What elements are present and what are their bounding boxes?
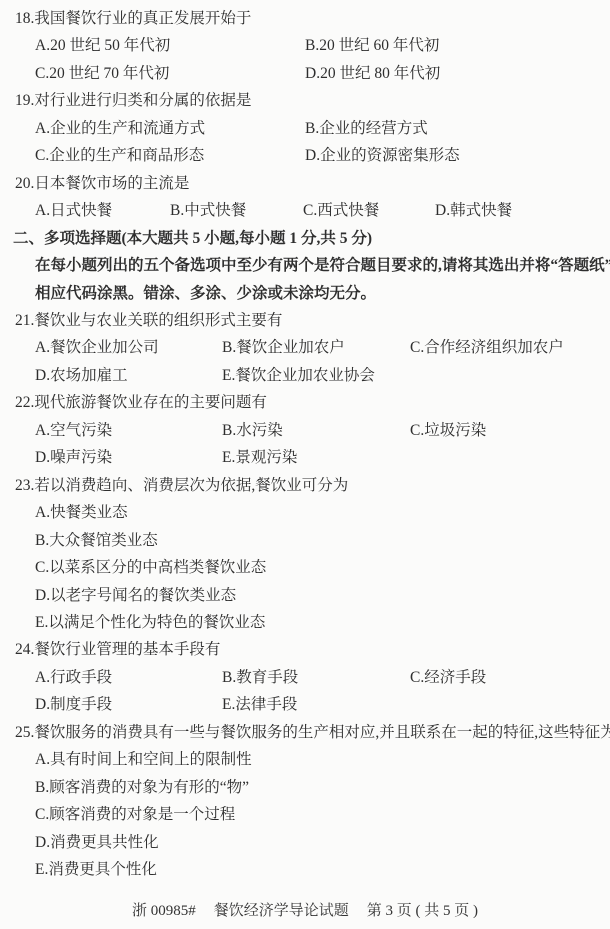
option-d: D.韩式快餐 <box>435 197 512 224</box>
option-a: A.行政手段 <box>35 664 222 691</box>
option-b: B.餐饮企业加农户 <box>222 334 410 361</box>
option-a: A.日式快餐 <box>35 197 170 224</box>
option-b: B.水污染 <box>222 417 410 444</box>
question-22-stem: 22.现代旅游餐饮业存在的主要问题有 <box>0 389 610 416</box>
question-text: 餐饮业与农业关联的组织形式主要有 <box>34 312 282 329</box>
question-number: 18. <box>15 10 34 27</box>
option-d: D.消费更具共性化 <box>0 829 610 856</box>
question-22-options-row-2: D.噪声污染 E.景观污染 <box>0 444 610 471</box>
question-number: 24. <box>15 641 34 658</box>
question-21-options-row-1: A.餐饮企业加公司 B.餐饮企业加农户 C.合作经济组织加农户 <box>0 334 610 361</box>
question-24-stem: 24.餐饮行业管理的基本手段有 <box>0 636 610 663</box>
question-text: 餐饮行业管理的基本手段有 <box>34 641 220 658</box>
question-24-options-row-1: A.行政手段 B.教育手段 C.经济手段 <box>0 664 610 691</box>
option-c: C.垃圾污染 <box>410 417 486 444</box>
question-number: 20. <box>15 175 34 192</box>
option-d: D.制度手段 <box>35 691 222 718</box>
question-20-options-row-1: A.日式快餐 B.中式快餐 C.西式快餐 D.韩式快餐 <box>0 197 610 224</box>
option-a: A.具有时间上和空间上的限制性 <box>0 746 610 773</box>
option-e: E.消费更具个性化 <box>0 856 610 883</box>
option-c: C.西式快餐 <box>303 197 435 224</box>
option-c: C.经济手段 <box>410 664 486 691</box>
option-e: E.景观污染 <box>222 444 297 471</box>
option-c: C.企业的生产和商品形态 <box>35 142 305 169</box>
question-text: 日本餐饮市场的主流是 <box>34 175 189 192</box>
question-25-stem: 25.餐饮服务的消费具有一些与餐饮服务的生产相对应,并且联系在一起的特征,这些特… <box>0 719 610 746</box>
question-18-options-row-2: C.20 世纪 70 年代初 D.20 世纪 80 年代初 <box>0 60 610 87</box>
question-number: 25. <box>15 724 34 741</box>
question-18: 18.我国餐饮行业的真正发展开始于 A.20 世纪 50 年代初 B.20 世纪… <box>0 5 610 87</box>
option-e: E.以满足个性化为特色的餐饮业态 <box>0 609 610 636</box>
question-number: 23. <box>15 477 34 494</box>
question-number: 19. <box>15 92 34 109</box>
option-b: B.20 世纪 60 年代初 <box>305 32 439 59</box>
option-b: B.大众餐馆类业态 <box>0 527 610 554</box>
option-a: A.空气污染 <box>35 417 222 444</box>
option-a: A.快餐类业态 <box>0 499 610 526</box>
question-21: 21.餐饮业与农业关联的组织形式主要有 A.餐饮企业加公司 B.餐饮企业加农户 … <box>0 307 610 389</box>
option-d: D.20 世纪 80 年代初 <box>305 60 440 87</box>
question-text: 对行业进行归类和分属的依据是 <box>34 92 251 109</box>
option-b: B.中式快餐 <box>170 197 303 224</box>
option-b: B.顾客消费的对象为有形的“物” <box>0 774 610 801</box>
question-text: 餐饮服务的消费具有一些与餐饮服务的生产相对应,并且联系在一起的特征,这些特征为 <box>34 724 610 741</box>
question-23: 23.若以消费趋向、消费层次为依据,餐饮业可分为 A.快餐类业态 B.大众餐馆类… <box>0 472 610 637</box>
option-a: A.20 世纪 50 年代初 <box>35 32 305 59</box>
option-d: D.农场加雇工 <box>35 362 222 389</box>
option-d: D.以老字号闻名的餐饮类业态 <box>0 582 610 609</box>
exam-title: 餐饮经济学导论试题 <box>214 903 349 919</box>
exam-page: 18.我国餐饮行业的真正发展开始于 A.20 世纪 50 年代初 B.20 世纪… <box>0 0 610 929</box>
question-24-options-row-2: D.制度手段 E.法律手段 <box>0 691 610 718</box>
question-text: 我国餐饮行业的真正发展开始于 <box>34 10 251 27</box>
question-25: 25.餐饮服务的消费具有一些与餐饮服务的生产相对应,并且联系在一起的特征,这些特… <box>0 719 610 884</box>
question-18-stem: 18.我国餐饮行业的真正发展开始于 <box>0 5 610 32</box>
page-number: 第 3 页 ( 共 5 页 ) <box>367 903 478 919</box>
option-d: D.企业的资源密集形态 <box>305 142 460 169</box>
option-e: E.餐饮企业加农业协会 <box>222 362 375 389</box>
question-22: 22.现代旅游餐饮业存在的主要问题有 A.空气污染 B.水污染 C.垃圾污染 D… <box>0 389 610 471</box>
option-c: C.顾客消费的对象是一个过程 <box>0 801 610 828</box>
page-footer: 浙 00985#餐饮经济学导论试题第 3 页 ( 共 5 页 ) <box>0 898 610 925</box>
question-19-stem: 19.对行业进行归类和分属的依据是 <box>0 87 610 114</box>
question-21-stem: 21.餐饮业与农业关联的组织形式主要有 <box>0 307 610 334</box>
option-a: A.餐饮企业加公司 <box>35 334 222 361</box>
question-22-options-row-1: A.空气污染 B.水污染 C.垃圾污染 <box>0 417 610 444</box>
question-18-options-row-1: A.20 世纪 50 年代初 B.20 世纪 60 年代初 <box>0 32 610 59</box>
option-c: C.以菜系区分的中高档类餐饮业态 <box>0 554 610 581</box>
question-24: 24.餐饮行业管理的基本手段有 A.行政手段 B.教育手段 C.经济手段 D.制… <box>0 636 610 718</box>
exam-code: 浙 00985# <box>132 903 196 919</box>
question-number: 21. <box>15 312 34 329</box>
option-b: B.企业的经营方式 <box>305 115 428 142</box>
question-19-options-row-2: C.企业的生产和商品形态 D.企业的资源密集形态 <box>0 142 610 169</box>
option-c: C.合作经济组织加农户 <box>410 334 564 361</box>
question-text: 现代旅游餐饮业存在的主要问题有 <box>34 394 267 411</box>
option-b: B.教育手段 <box>222 664 410 691</box>
question-19: 19.对行业进行归类和分属的依据是 A.企业的生产和流通方式 B.企业的经营方式… <box>0 87 610 169</box>
question-19-options-row-1: A.企业的生产和流通方式 B.企业的经营方式 <box>0 115 610 142</box>
question-text: 若以消费趋向、消费层次为依据,餐饮业可分为 <box>34 477 348 494</box>
section-2-heading: 二、多项选择题(本大题共 5 小题,每小题 1 分,共 5 分) <box>0 225 610 252</box>
option-e: E.法律手段 <box>222 691 297 718</box>
question-21-options-row-2: D.农场加雇工 E.餐饮企业加农业协会 <box>0 362 610 389</box>
section-2-instruction-line-1: 在每小题列出的五个备选项中至少有两个是符合题目要求的,请将其选出并将“答题纸”的 <box>0 252 610 279</box>
question-20: 20.日本餐饮市场的主流是 A.日式快餐 B.中式快餐 C.西式快餐 D.韩式快… <box>0 170 610 225</box>
question-23-stem: 23.若以消费趋向、消费层次为依据,餐饮业可分为 <box>0 472 610 499</box>
option-d: D.噪声污染 <box>35 444 222 471</box>
question-number: 22. <box>15 394 34 411</box>
option-a: A.企业的生产和流通方式 <box>35 115 305 142</box>
option-c: C.20 世纪 70 年代初 <box>35 60 305 87</box>
section-2-instruction-line-2: 相应代码涂黑。错涂、多涂、少涂或未涂均无分。 <box>0 280 610 307</box>
question-20-stem: 20.日本餐饮市场的主流是 <box>0 170 610 197</box>
